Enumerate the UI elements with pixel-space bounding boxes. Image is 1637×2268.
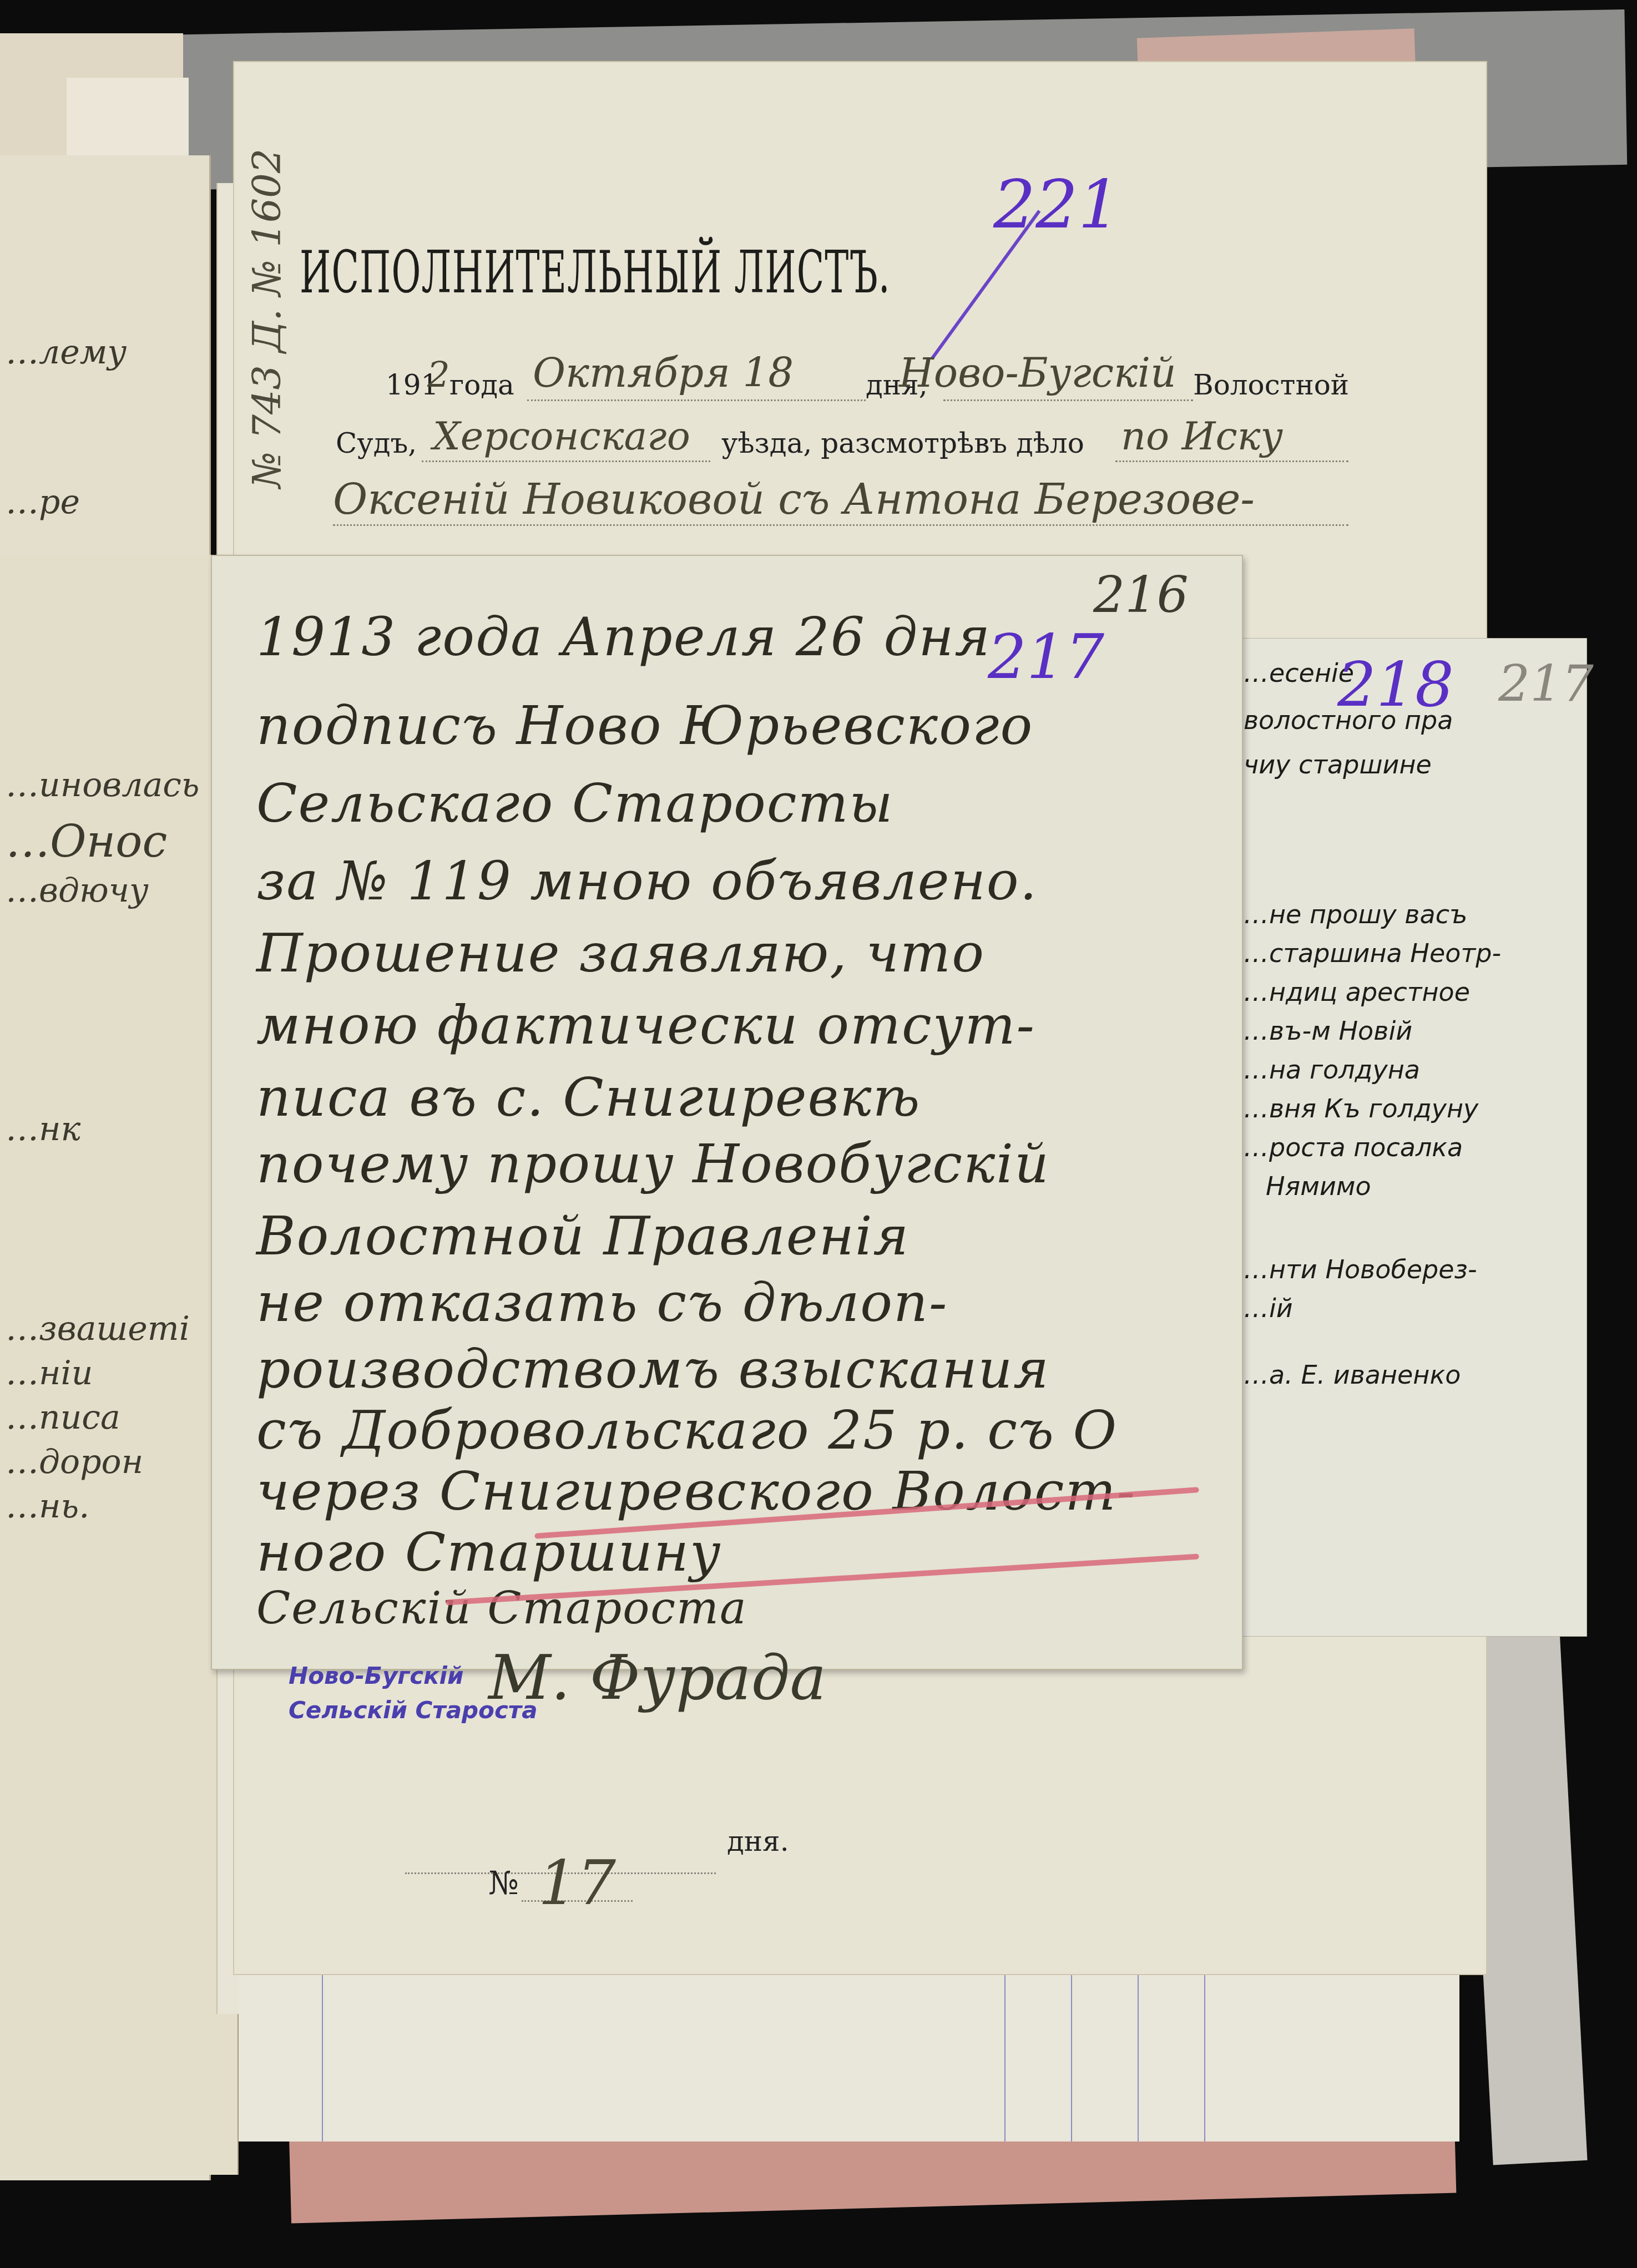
letter-line: через Снигиревского Волост- (256, 1460, 1136, 1522)
ledger-rule (1204, 1975, 1205, 2142)
letter-line: подписъ Ново Юрьевского (256, 695, 1033, 757)
letter-line: 1913 года Апреля 26 дня (256, 606, 991, 668)
note-line: Нямимо (1266, 1171, 1371, 1201)
ledger-rule (1138, 1975, 1139, 2142)
note-line: …не прошу васъ (1244, 899, 1467, 929)
note-line: …старшина Неотр- (1244, 938, 1501, 968)
ruled-ledger-sheet (239, 1975, 1459, 2142)
left-fragment-text: …писа (6, 1398, 120, 1437)
folio-number-purple: 221 (993, 166, 1120, 244)
handwritten-number: 17 (538, 1847, 616, 1918)
note-line: …на голдуна (1244, 1055, 1420, 1085)
letter-line: почему прошу Новобугскій (256, 1133, 1050, 1195)
ledger-rule (1071, 1975, 1072, 2142)
handwritten-parties: Оксеній Новиковой съ Антона Березове- (333, 474, 1255, 524)
label-day-bottom: дня. (727, 1825, 789, 1857)
handwritten-case: по Иску (1121, 413, 1283, 459)
note-line: …вня Къ голдуну (1244, 1093, 1478, 1123)
letter-line: Прошение заявляю, что (256, 922, 985, 984)
letter-line: пиcа въ с. Снигиревкѣ (256, 1066, 921, 1128)
folio-number-pencil: 217 (1498, 655, 1594, 713)
left-fragment-text: …ре (6, 483, 80, 522)
left-fragment-text: …дорон (6, 1442, 143, 1481)
handwritten-volost: Ново-Бугскій (899, 350, 1176, 396)
label-court: Судъ, (336, 427, 417, 459)
label-number: № (488, 1864, 519, 1902)
fill-line (943, 399, 1193, 401)
left-fragment-text: …Онос (6, 816, 167, 867)
note-line: чиу старшине (1244, 750, 1432, 779)
note-line: …а. Е. иваненко (1244, 1360, 1461, 1390)
note-line: …роста посалка (1244, 1132, 1463, 1162)
left-fragment-text: …лему (6, 333, 127, 372)
letter-line: съ Добровольскаго 25 р. съ О (256, 1399, 1118, 1461)
left-fragment-text: …нк (6, 1110, 80, 1148)
handwritten-year-digit: 2 (427, 355, 450, 396)
left-fragment-text: …звашеті (6, 1309, 190, 1348)
ledger-rule (1004, 1975, 1006, 2142)
label-volost: Волостной (1193, 369, 1349, 401)
note-line: …ндиц арестное (1244, 977, 1470, 1007)
vertical-margin-note: № 743 Д. № 1602 (244, 149, 290, 488)
left-fragment-text: …вдючу (6, 871, 149, 910)
letter-line: за № 119 мною объявлено. (256, 850, 1038, 912)
handwritten-uezd: Херсонскаго (433, 413, 690, 459)
fill-line (333, 524, 1348, 526)
folio-number-purple: 218 (1337, 649, 1454, 720)
handwritten-date: Октября 18 (533, 350, 794, 396)
left-fragment-text: …иновлась (6, 766, 199, 804)
label-year: года (449, 369, 514, 401)
rolled-paper (67, 78, 189, 166)
ledger-rule (322, 1975, 323, 2142)
note-line: …нти Новоберез- (1244, 1254, 1477, 1284)
fill-line (1115, 460, 1348, 462)
left-fragment-text: …нь. (6, 1487, 89, 1526)
folio-number-purple-crossed: 217 (988, 621, 1104, 692)
form-title: ИСПОЛНИТЕЛЬНЫЙ ЛИСТЪ. (300, 239, 891, 306)
label-uezd: уѣзда, разсмотрѣвъ дѣло (721, 427, 1084, 459)
letter-line: не отказать съ дѣлоп- (256, 1272, 948, 1334)
note-line: …ій (1244, 1293, 1293, 1323)
letter-line: Сельскаго Старосты (256, 772, 894, 834)
fill-line (527, 399, 866, 401)
letter-line: Волостной Правленія (256, 1205, 910, 1267)
letter-line: мною фактически отсут- (256, 994, 1035, 1056)
fill-line (422, 460, 710, 462)
front-handwritten-letter: 1913 года Апреля 26 дня подписъ Ново Юрь… (211, 555, 1243, 1670)
right-handwritten-note: …еcеніе волостного пра чиу старшине …не … (1232, 638, 1587, 1637)
letter-line: роизводствомъ взыскания (256, 1338, 1050, 1400)
signature: М. Фурада (488, 1642, 826, 1713)
folio-number-pencil: 216 (1093, 566, 1189, 624)
left-fragment-text: …ніи (6, 1354, 93, 1393)
note-line: …въ-м Новій (1244, 1016, 1412, 1046)
